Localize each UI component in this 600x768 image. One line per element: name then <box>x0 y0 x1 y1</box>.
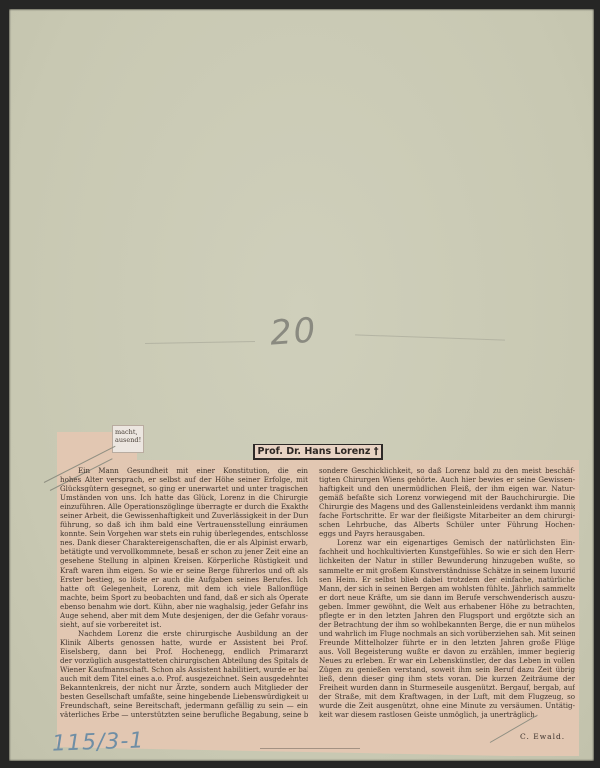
text-line: auch mit dem Titel eines a.o. Prof. ausg… <box>60 674 308 683</box>
pencil-annotation: 20 <box>269 310 319 353</box>
text-line: der vorzüglich ausgestatteten chirurgisc… <box>60 656 308 665</box>
stamp-fragment: macht, ausend! <box>112 425 144 453</box>
text-line: machte, beim Sport zu beobachten und fan… <box>60 593 308 602</box>
text-line: Zügen zu genießen verstand, soweit ihm s… <box>319 665 575 674</box>
text-line: Klinik Alberts genossen hatte, wurde er … <box>60 638 308 647</box>
stamp-line-1: macht, <box>115 428 141 436</box>
text-line: aus. Voll Begeisterung wußte er davon zu… <box>319 647 575 656</box>
text-line: Mann, der sich in seinen Bergen am wohls… <box>319 584 575 593</box>
clipping-rule <box>260 748 360 749</box>
text-line: Kraft waren ihm eigen. So wie er seine B… <box>60 566 308 575</box>
text-line: Auge sehend, aber mit dem Mute desjenige… <box>60 611 308 620</box>
text-line: seiner Arbeit, die Gewissenhaftigkeit un… <box>60 511 308 520</box>
text-line: Glücksgütern gesegnet, so ging er unerwa… <box>60 484 308 493</box>
text-line: ließ, denn dieser ging ihm stets voran. … <box>319 674 575 683</box>
text-line: der Betrachtung der ihm so wohlbekannten… <box>319 620 575 629</box>
text-line: und wahrlich im Fluge nochmals an sich v… <box>319 629 575 638</box>
text-line: sondere Geschicklichkeit, so daß Lorenz … <box>319 466 575 475</box>
text-line: besten Gesellschaft umfaßte, seine hinge… <box>60 692 308 701</box>
text-line: eggs und Payrs herausgaben. <box>319 529 575 538</box>
text-line: Umständen von uns. Ich hatte das Glück, … <box>60 493 308 502</box>
text-line: einzuführen. Alle Operationszöglinge übe… <box>60 502 308 511</box>
text-line: Freundschaft, seine Bereitschaft, jederm… <box>60 701 308 710</box>
text-line: lichkeiten der Natur in stiller Bewunder… <box>319 556 575 565</box>
text-line: Freunde Mittelholzer führte er in den le… <box>319 638 575 647</box>
text-line: pflegte er in den letzten Jahren den Flu… <box>319 611 575 620</box>
text-line: hatte oft Gelegenheit, Lorenz, mit dem i… <box>60 584 308 593</box>
text-line: Chirurgie des Magens und des Gallenstein… <box>319 502 575 511</box>
text-line: er dort neue Kräfte, um sie dann im Beru… <box>319 593 575 602</box>
text-line: sen Heim. Er selbst blieb dabei trotzdem… <box>319 575 575 584</box>
text-line: geben. Immer gewöhnt, die Welt aus erhab… <box>319 602 575 611</box>
text-line: der Straße, mit dem Kraftwagen, in der L… <box>319 692 575 701</box>
text-line: fache Fortschritte. Er war der fleißigst… <box>319 511 575 520</box>
text-line: konnte. Sein Vorgehen war stets ein ruhi… <box>60 529 308 538</box>
text-line: nes. Dank dieser Charaktereigenschaften,… <box>60 538 308 547</box>
text-line: Wiener Kaufmannschaft. Schon als Assiste… <box>60 665 308 674</box>
text-line: gesehene Stellung in alpinen Kreisen. Kö… <box>60 556 308 565</box>
text-line: ebenso benahm wie dort. Kühn, aber nie w… <box>60 602 308 611</box>
text-line: Lorenz war ein eigenartiges Gemisch der … <box>319 538 575 547</box>
text-line: fachheit und hochkultivierten Kunstgefüh… <box>319 547 575 556</box>
text-line: Erster bestieg, so löste er auch die Auf… <box>60 575 308 584</box>
text-line: führung, so daß ich ihm bald eine Vertra… <box>60 520 308 529</box>
text-line: gemäß befaßte sich Lorenz vorwiegend mit… <box>319 493 575 502</box>
text-line: betätigte und vervollkommnete, besaß er … <box>60 547 308 556</box>
text-line: Nachdem Lorenz die erste chirurgische Au… <box>60 629 308 638</box>
clipping-right-column: sondere Geschicklichkeit, so daß Lorenz … <box>319 466 575 719</box>
text-line: Neues zu erleben. Er war ein Lebenskünst… <box>319 656 575 665</box>
text-line: sammelte er mit großem Kunstverständniss… <box>319 566 575 575</box>
text-line: Eiselsberg, dann bei Prof. Hochenegg, en… <box>60 647 308 656</box>
archive-number: 115/3-1 <box>52 728 145 756</box>
text-line: hohes Alter versprach, er selbst auf der… <box>60 475 308 484</box>
text-line: Ein Mann Gesundheit mit einer Konstituti… <box>60 466 308 475</box>
text-line: Freiheit wurden dann in Sturmeseile ausg… <box>319 683 575 692</box>
text-line: schen Lehrbuche, das Alberts Schüler unt… <box>319 520 575 529</box>
text-line: väterliches Erbe — unterstützten seine b… <box>60 710 308 719</box>
text-line: tigten Chirurgen Wiens gehörte. Auch hie… <box>319 475 575 484</box>
text-line: sieht, auf sie vorbereitet ist. <box>60 620 308 629</box>
author-signature: C. Ewald. <box>520 732 565 741</box>
text-line: Bekanntenkreis, der nicht nur Ärzte, son… <box>60 683 308 692</box>
clipping-left-column: Ein Mann Gesundheit mit einer Konstituti… <box>60 466 308 719</box>
text-line: haftigkeit und den unermüdlichen Fleiß, … <box>319 484 575 493</box>
clipping-title: Prof. Dr. Hans Lorenz † <box>253 444 383 460</box>
text-line: wurde die Zeit ausgenützt, ohne eine Min… <box>319 701 575 710</box>
stamp-line-2: ausend! <box>115 436 141 444</box>
